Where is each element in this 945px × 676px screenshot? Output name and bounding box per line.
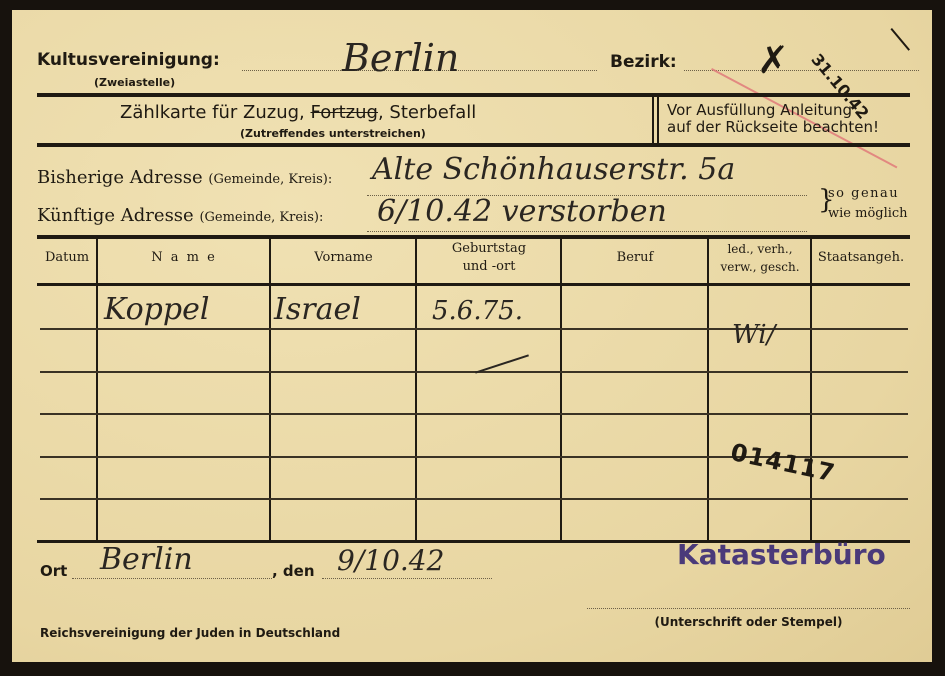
- ort-value: Berlin: [100, 542, 193, 577]
- title-bottom-rule: [37, 143, 910, 147]
- col-header-name: N a m e: [98, 250, 270, 265]
- previous-address-label: Bisherige Adresse (Gemeinde, Kreis):: [37, 167, 332, 188]
- previous-address-sub: (Gemeinde, Kreis):: [208, 172, 332, 187]
- ort-dotted-line: [72, 578, 272, 579]
- cell-name: Koppel: [104, 292, 209, 327]
- row-line-1: [40, 328, 908, 330]
- title-top-rule: [37, 93, 910, 97]
- future-address-text: Künftige Adresse: [37, 205, 194, 226]
- bezirk-label: Bezirk:: [610, 52, 677, 72]
- note-line-2: auf der Rückseite beachten!: [667, 119, 879, 136]
- table-header-rule: [37, 283, 910, 286]
- number-stamp: 014117: [728, 438, 838, 487]
- title-divider-a: [652, 97, 654, 143]
- address-hint: so genau wie möglich: [828, 184, 908, 224]
- row-line-5: [40, 498, 908, 500]
- cell-geburt: 5.6.75.: [432, 296, 523, 326]
- instruction-note: Vor Ausfüllung Anleitung auf der Rücksei…: [667, 102, 879, 136]
- cell-stand: Wi/: [732, 320, 775, 350]
- bezirk-value: ✗: [757, 38, 789, 82]
- registration-card: Kultusvereinigung: (Zweiastelle) Berlin …: [12, 10, 932, 662]
- row-line-3: [40, 413, 908, 415]
- table-top-rule: [37, 235, 910, 239]
- col-line-6: [810, 237, 812, 541]
- cell-vorname: Israel: [274, 292, 361, 327]
- future-address-line: [367, 231, 807, 232]
- card-title: Zählkarte für Zuzug, Fortzug, Sterbefall: [120, 102, 476, 123]
- signature-label: (Unterschrift oder Stempel): [587, 615, 910, 629]
- title-struck: Fortzug: [311, 102, 378, 123]
- future-address-sub: (Gemeinde, Kreis):: [199, 210, 323, 225]
- col-header-stand-line1: led., verh.,: [709, 240, 811, 258]
- col-line-4: [560, 237, 562, 541]
- col-header-stand: led., verh., verw., gesch.: [709, 240, 811, 276]
- previous-address-value: Alte Schönhauserstr. 5a: [372, 152, 735, 187]
- den-label: , den: [272, 562, 315, 580]
- col-header-beruf: Beruf: [562, 250, 708, 265]
- col-line-1: [96, 237, 98, 541]
- signature-dotted-line: [587, 608, 910, 609]
- kultus-value: Berlin: [342, 36, 459, 80]
- kultus-sub-label: (Zweiastelle): [94, 76, 175, 89]
- kultus-label: Kultusvereinigung:: [37, 50, 220, 70]
- col-header-geburt: Geburtstag und -ort: [417, 240, 561, 276]
- title-sub: (Zutreffendes unterstreichen): [240, 127, 426, 140]
- hint-line-2: wie möglich: [828, 204, 908, 224]
- col-header-stand-line2: verw., gesch.: [709, 258, 811, 276]
- note-line-1: Vor Ausfüllung Anleitung: [667, 102, 879, 119]
- col-line-2: [269, 237, 271, 541]
- previous-address-text: Bisherige Adresse: [37, 167, 203, 188]
- ort-label: Ort: [40, 562, 67, 580]
- title-prefix: Zählkarte für Zuzug,: [120, 102, 311, 123]
- den-dotted-line: [322, 578, 492, 579]
- hint-line-1: so genau: [828, 184, 908, 204]
- col-header-vorname: Vorname: [271, 250, 416, 265]
- col-header-geburt-line2: und -ort: [417, 258, 561, 276]
- den-value: 9/10.42: [337, 544, 444, 577]
- future-address-value: 6/10.42 verstorben: [377, 194, 667, 229]
- organization-name: Reichsvereinigung der Juden in Deutschla…: [40, 626, 340, 640]
- col-line-3: [415, 237, 417, 541]
- col-header-staat: Staatsangeh.: [812, 250, 910, 265]
- future-address-label: Künftige Adresse (Gemeinde, Kreis):: [37, 205, 323, 226]
- col-line-5: [707, 237, 709, 541]
- title-suffix: , Sterbefall: [378, 102, 476, 123]
- bezirk-dotted-line: [684, 70, 919, 71]
- col-header-datum: Datum: [37, 250, 97, 265]
- col-header-geburt-line1: Geburtstag: [417, 240, 561, 258]
- corner-mark: [890, 28, 910, 51]
- office-stamp: Katasterbüro: [677, 538, 886, 571]
- title-divider-b: [657, 97, 659, 143]
